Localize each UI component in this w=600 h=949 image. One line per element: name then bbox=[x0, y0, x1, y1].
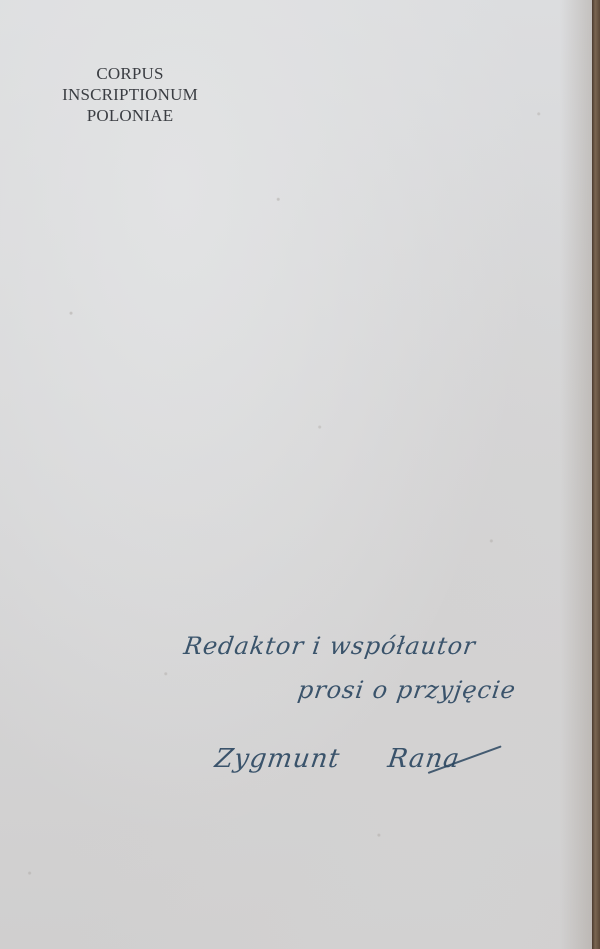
series-title: CORPUS INSCRIPTIONUM POLONIAE bbox=[40, 63, 220, 126]
inscription-line-2: prosi o przyjęcie bbox=[296, 676, 518, 704]
series-title-line-3: POLONIAE bbox=[40, 105, 220, 126]
book-page-photo: CORPUS INSCRIPTIONUM POLONIAE Redaktor i… bbox=[0, 0, 600, 949]
series-title-line-2: INSCRIPTIONUM bbox=[40, 84, 220, 105]
signature-surname: Rana bbox=[386, 744, 462, 774]
signature: ZygmuntRana bbox=[213, 744, 462, 774]
title-page: CORPUS INSCRIPTIONUM POLONIAE Redaktor i… bbox=[0, 0, 592, 949]
page-edge-shadow bbox=[560, 0, 592, 949]
signature-first-name: Zygmunt bbox=[213, 744, 342, 774]
series-title-line-1: CORPUS bbox=[40, 63, 220, 84]
book-cover-edge bbox=[592, 0, 600, 949]
inscription-line-1: Redaktor i współautor bbox=[182, 632, 478, 660]
